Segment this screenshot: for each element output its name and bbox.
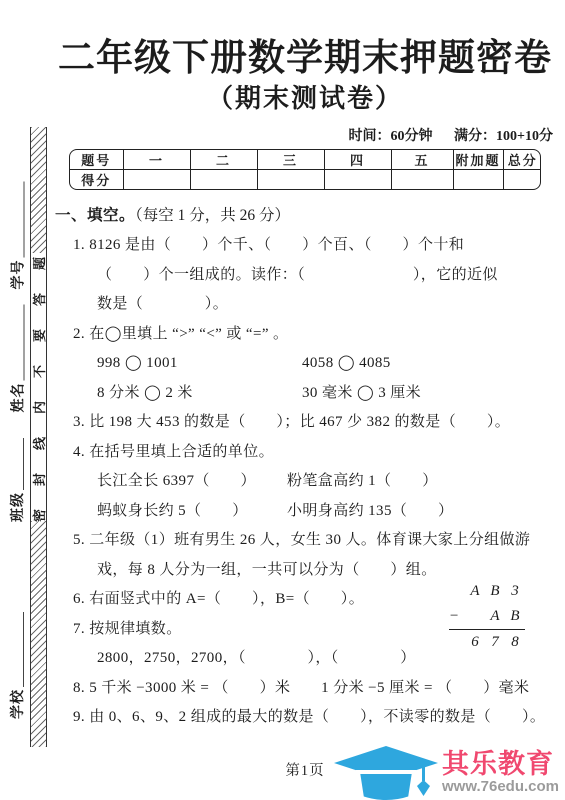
score-cell	[324, 170, 391, 190]
hatch-pattern-bottom	[31, 521, 46, 747]
question-2-head: 2. 在◯里填上 “>” “<” 或 “=” 。	[55, 320, 555, 350]
score-col-bonus: 附加题	[453, 150, 503, 170]
student-id-line	[24, 182, 25, 258]
school-blank: 学校	[7, 605, 27, 719]
section-one-label: 一、填空。	[55, 207, 135, 224]
brand-name: 其乐教育	[442, 750, 554, 778]
difference-row: 6 7 8	[449, 630, 525, 655]
score-col-1: 一	[123, 150, 190, 170]
score-cell	[391, 170, 453, 190]
question-9: 9. 由 0、6、9、2 组成的最大的数是（ ），不读零的数是（ ）。	[55, 703, 555, 733]
section-one-heading: 一、填空。（每空 1 分，共 26 分）	[55, 201, 555, 231]
score-col-3: 三	[257, 150, 324, 170]
score-cell	[453, 170, 503, 190]
section-one-note: （每空 1 分，共 26 分）	[135, 207, 290, 224]
compare-item: 8 分米 ◯ 2 米	[97, 379, 302, 409]
question-1-line-1: 1. 8126 是由（ ）个千、（ ）个百、（ ）个十和	[55, 231, 555, 261]
score-cell	[190, 170, 257, 190]
seal-char: 密	[31, 507, 48, 524]
minuend-row: A B 3	[449, 579, 525, 604]
question-1-line-2: （ ）个一组成的。读作：（ ），它的近似	[55, 261, 555, 291]
hatch-pattern-top	[31, 127, 46, 253]
score-row-label: 得分	[70, 170, 123, 190]
exam-content: 二年级下册数学期末押题密卷 （期末测试卷） 时间：60分钟 满分：100+10分…	[55, 0, 555, 794]
seal-char: 封	[31, 471, 48, 488]
score-col-2: 二	[190, 150, 257, 170]
seal-char: 线	[31, 435, 48, 452]
compare-item: 30 毫米 ◯ 3 厘米	[302, 379, 421, 409]
question-2-row-1: 998 ◯ 1001 4058 ◯ 4085	[55, 349, 555, 379]
name-line	[24, 305, 25, 381]
score-cell	[123, 170, 190, 190]
score-cell	[503, 170, 541, 190]
school-label: 学校	[7, 689, 27, 719]
score-col-5: 五	[391, 150, 453, 170]
seal-char: 题	[31, 255, 48, 272]
class-line	[23, 438, 24, 490]
exam-title: 二年级下册数学期末押题密卷	[55, 36, 555, 81]
score-col-total: 总分	[503, 150, 541, 170]
exam-paper-page: 学号 姓名 班级 学校 题 答 要 不 内 线 封 密 二年级下册数学期末押题密…	[0, 0, 565, 800]
question-4-row-2: 蚂蚁身长约 5（ ） 小明身高约 135（ ）	[55, 497, 555, 527]
question-8: 8. 5 千米 −3000 米 = （ ）米 1 分米 −5 厘米 = （ ）毫…	[55, 674, 555, 704]
seal-line-band: 题 答 要 不 内 线 封 密	[30, 127, 47, 747]
class-label: 班级	[7, 492, 27, 522]
seal-char: 要	[31, 327, 48, 344]
publisher-logo: 其乐教育 www.76edu.com	[334, 746, 559, 800]
question-6-7-block: 6. 右面竖式中的 A=（ ），B=（ ）。 7. 按规律填数。 2800，27…	[55, 585, 555, 674]
question-2-row-2: 8 分米 ◯ 2 米 30 毫米 ◯ 3 厘米	[55, 379, 555, 409]
score-cell	[257, 170, 324, 190]
unit-item: 蚂蚁身长约 5（ ）	[97, 497, 287, 527]
unit-item: 粉笔盒高约 1（ ）	[287, 467, 438, 497]
exam-meta: 时间：60分钟 满分：100+10分	[55, 125, 553, 145]
score-corner-cell: 题号	[70, 150, 123, 170]
time-limit: 时间：60分钟	[349, 129, 433, 144]
question-5-line-1: 5. 二年级（1）班有男生 26 人，女生 30 人。体育课大家上分组做游	[55, 526, 555, 556]
compare-item: 998 ◯ 1001	[97, 349, 302, 379]
seal-char: 不	[31, 363, 48, 380]
student-id-blank: 学号	[8, 175, 28, 290]
score-col-4: 四	[324, 150, 391, 170]
seal-char: 答	[31, 291, 48, 308]
brand-website: www.76edu.com	[442, 778, 559, 796]
minus-sign: −	[449, 608, 465, 625]
name-label: 姓名	[8, 383, 28, 413]
seal-char: 内	[31, 399, 48, 416]
unit-item: 小明身高约 135（ ）	[287, 497, 453, 527]
score-value-row: 得分	[70, 170, 541, 190]
class-blank: 班级	[7, 432, 27, 522]
vertical-subtraction: A B 3 − A B 6 7 8	[449, 579, 525, 655]
exam-subtitle: （期末测试卷）	[55, 81, 555, 117]
full-score: 满分：100+10分	[454, 129, 553, 144]
question-3: 3. 比 198 大 453 的数是（ ）；比 467 少 382 的数是（ ）…	[55, 408, 555, 438]
school-line	[23, 612, 24, 687]
student-id-label: 学号	[8, 260, 28, 290]
name-blank: 姓名	[8, 298, 28, 413]
subtrahend-row: − A B	[449, 604, 525, 630]
graduation-cap-icon	[334, 746, 438, 800]
question-1-line-3: 数是（ ）。	[55, 290, 555, 320]
unit-item: 长江全长 6397（ ）	[97, 467, 287, 497]
score-header-row: 题号 一 二 三 四 五 附加题 总分	[70, 150, 541, 170]
question-4-row-1: 长江全长 6397（ ） 粉笔盒高约 1（ ）	[55, 467, 555, 497]
score-table: 题号 一 二 三 四 五 附加题 总分 得分	[69, 149, 541, 190]
compare-item: 4058 ◯ 4085	[302, 349, 391, 379]
question-4-head: 4. 在括号里填上合适的单位。	[55, 438, 555, 468]
